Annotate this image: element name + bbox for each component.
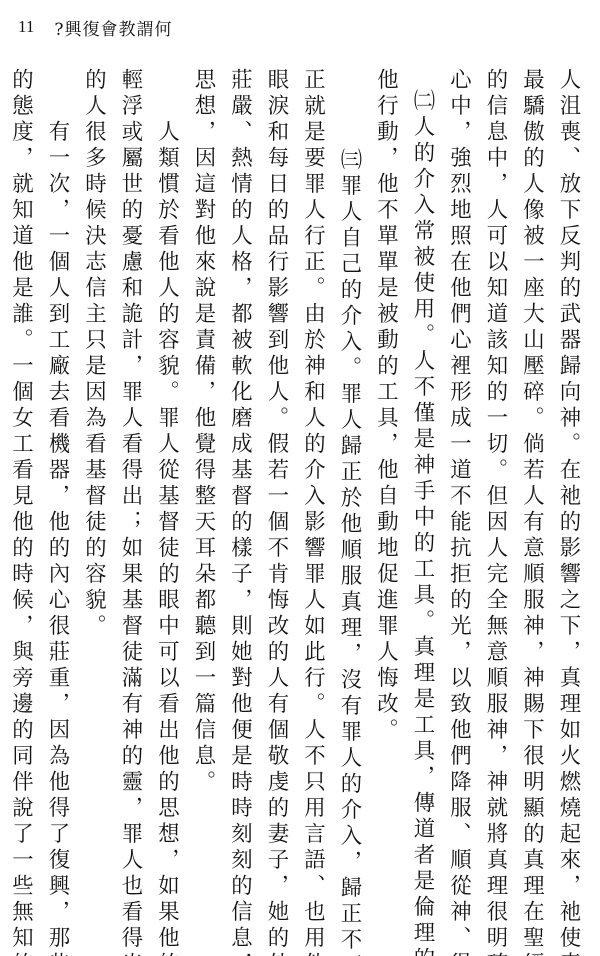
text-column: 心中，強烈地照在他們心裡形成一道不能抗拒的光，以致他們降服、順從神、得蒙拯救。 [440,68,477,948]
text-column: 人沮喪、放下反判的武器歸向神。在祂的影響之下，真理如火燃燒起來，祂使真理明亮，叫 [550,68,587,948]
text-column: 的態度，就知道他是誰。一個女工看見他的時候，與旁邊的同伴說了一些無知的話，接著就 [2,68,39,948]
page-number: 11 [18,17,34,37]
text-column: 最驕傲的人像被一座大山壓碎。倘若人有意順服神，神賜下很明顯的真理在聖經裡，從傳講 [513,68,550,948]
text-column: 莊嚴、熱情的人格，都被軟化磨成基督的樣子，則她對他便是時時刻刻的信息，他必須移轉 [221,68,258,948]
text-column: 眼淚和每日的品行影響到他人。假若一個不肯悔改的人有個敬虔的妻子，她的外貌、溫柔、 [258,68,295,948]
text-column: 的信息中，人可以知道該知的一切。但因人完全無意順服神，神就將真理很明確地放在他們 [477,68,514,948]
paragraph-start-column: 人類慣於看他人的容貌。罪人從基督徒的眼中可以看出他的思想，如果他的眼中充滿了 [148,68,185,948]
page-header: 11 ?興復會教謂何 [18,14,173,40]
text-column: 思想，因這對他來說是責備，他覺得整天耳朵都聽到一篇信息。 [185,68,222,948]
section-heading-column: ㈢罪人自己的介入。罪人歸正於他順服真理，沒有罪人的介入，歸正不可能發生，因歸 [331,68,368,948]
text-column: 的人很多時候決志信主只是因為看基督徒的容貌。 [75,68,112,948]
text-column: 輕浮或屬世的憂慮和詭計，罪人看得出；如果基督徒滿有神的靈，罪人也看得出來。不信神 [112,68,149,948]
text-column: 正就是要罪人行正。由於神和人的介入影響罪人如此行。人不只用言語、也用他們的外貌、 [294,68,331,948]
paragraph-start-column: 有一次，一個人到工廠去看機器，他的內心很莊重，因為他得了復興，那些工人一看他 [39,68,76,948]
running-title: ?興復會教謂何 [54,15,172,40]
body-text: 人沮喪、放下反判的武器歸向神。在祂的影響之下，真理如火燃燒起來，祂使真理明亮，叫… [2,68,586,948]
text-column: 他行動，他不單單是被動的工具，他自動地促進罪人悔改。 [367,68,404,948]
section-heading-column: ㈡人的介入常被使用。人不僅是神手中的工具。真理是工具，傳道者是倫理的介入者： [404,68,441,948]
